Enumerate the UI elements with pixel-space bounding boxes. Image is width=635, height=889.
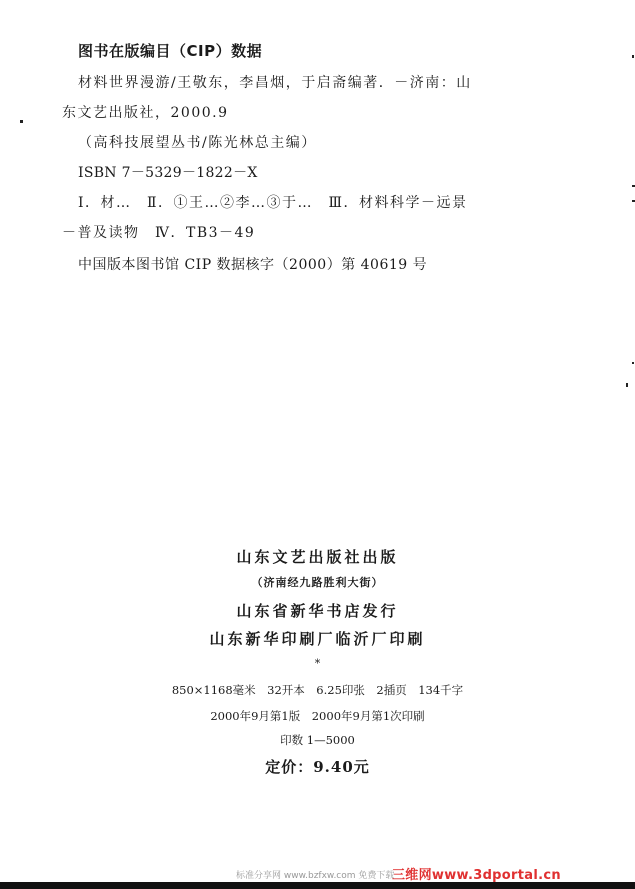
publisher-line: 山东文艺出版社出版 bbox=[0, 546, 635, 567]
scan-speck bbox=[632, 362, 634, 364]
watermark-bzfxw: 标准分享网 www.bzfxw.com 免费下载 bbox=[236, 868, 394, 881]
print-run: 印数 1—5000 bbox=[0, 732, 635, 748]
publisher-address: （济南经九路胜利大街） bbox=[0, 574, 635, 590]
separator-star: * bbox=[0, 657, 635, 670]
scan-speck bbox=[20, 120, 23, 123]
cip-line-classification: －普及读物 Ⅳ．TB3－49 bbox=[62, 222, 255, 242]
distributor-line: 山东省新华书店发行 bbox=[0, 600, 635, 621]
cip-line-title-authors: 材料世界漫游/王敬东，李昌烟，于启斋编著．－济南：山 bbox=[78, 72, 472, 92]
book-specs: 850×1168毫米 32开本 6.25印张 2插页 134千字 bbox=[0, 682, 635, 698]
price: 定价：9.40元 bbox=[0, 756, 635, 777]
cip-line-isbn: ISBN 7－5329－1822－X bbox=[78, 162, 258, 182]
scan-bottom-edge bbox=[0, 882, 635, 889]
cip-line-series: （高科技展望丛书/陈光林总主编） bbox=[78, 132, 317, 152]
edition-info: 2000年9月第1版 2000年9月第1次印刷 bbox=[0, 708, 635, 724]
scan-speck bbox=[632, 55, 634, 58]
watermark-3dportal: 三维网www.3dportal.cn bbox=[392, 864, 561, 883]
cip-line-record-number: 中国版本图书馆 CIP 数据核字（2000）第 40619 号 bbox=[78, 254, 427, 274]
cip-line-publisher-date: 东文艺出版社，2000.9 bbox=[62, 102, 229, 122]
cip-line-subjects: Ⅰ．材… Ⅱ．①王…②李…③于… Ⅲ．材料科学－远景 bbox=[78, 192, 468, 212]
cip-heading: 图书在版编目（CIP）数据 bbox=[78, 40, 262, 61]
printer-line: 山东新华印刷厂临沂厂印刷 bbox=[0, 628, 635, 649]
scan-speck bbox=[626, 383, 628, 387]
